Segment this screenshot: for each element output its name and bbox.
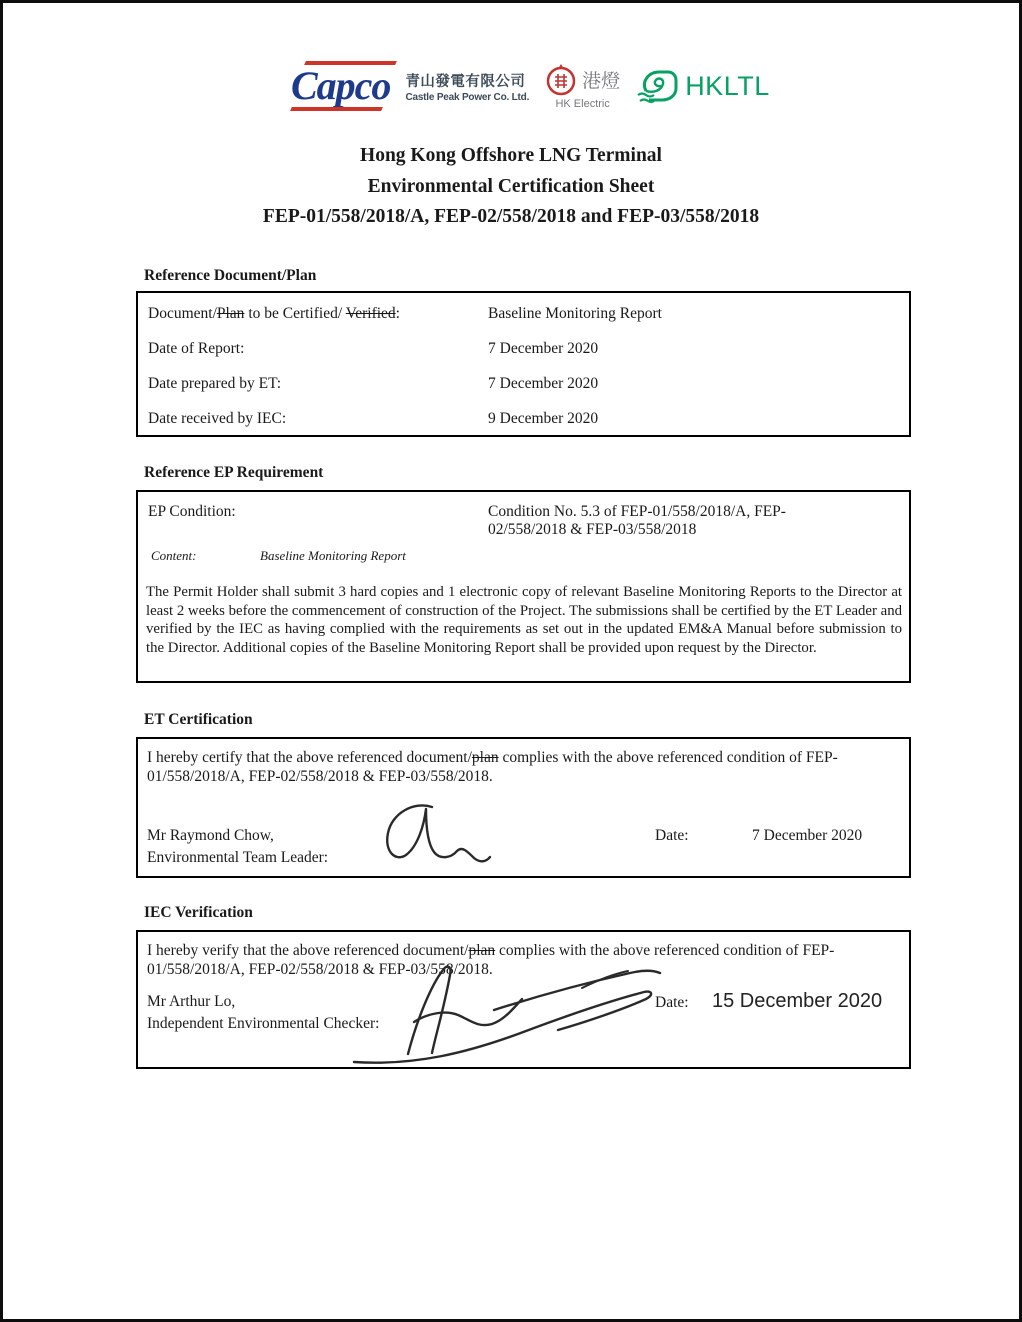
ref-doc-row4-value: 9 December 2020	[488, 410, 598, 428]
et-date-value: 7 December 2020	[752, 827, 862, 845]
iec-signer-name: Mr Arthur Lo,	[147, 991, 379, 1013]
strikethrough-plan: plan	[472, 749, 499, 766]
iec-signer-block: Mr Arthur Lo, Independent Environmental …	[147, 991, 379, 1034]
iec-signature	[346, 958, 662, 1066]
et-signer-role: Environmental Team Leader:	[147, 847, 328, 869]
ref-ep-table: EP Condition: Condition No. 5.3 of FEP-0…	[136, 490, 911, 683]
ref-doc-row2-label: Date of Report:	[148, 340, 488, 358]
et-cert-statement: I hereby certify that the above referenc…	[147, 749, 891, 786]
document-title: Hong Kong Offshore LNG Terminal Environm…	[3, 141, 1019, 233]
capco-wordmark: Capco	[289, 59, 396, 113]
hk-electric-logo: 港燈 HK Electric	[545, 63, 620, 110]
strikethrough-plan: Plan	[217, 305, 245, 322]
et-signature	[370, 799, 492, 877]
ref-doc-row1-value: Baseline Monitoring Report	[488, 305, 662, 323]
iec-date-label: Date:	[655, 994, 689, 1012]
capco-logo: Capco 青山發電有限公司 Castle Peak Power Co. Ltd…	[289, 59, 529, 113]
ref-doc-row4-label: Date received by IEC:	[148, 410, 488, 428]
et-date-label: Date:	[655, 827, 689, 845]
iec-date-value: 15 December 2020	[712, 990, 882, 1013]
hkltl-wordmark: HKLTL	[685, 71, 770, 102]
table-row: Date prepared by ET: 7 December 2020	[148, 375, 901, 393]
ref-doc-row3-value: 7 December 2020	[488, 375, 598, 393]
iec-verif-heading: IEC Verification	[144, 904, 253, 922]
iec-verif-box: I hereby verify that the above reference…	[136, 930, 911, 1069]
ref-doc-row2-value: 7 December 2020	[488, 340, 598, 358]
ep-condition-value: Condition No. 5.3 of FEP-01/558/2018/A, …	[488, 503, 840, 539]
title-line-permits: FEP-01/558/2018/A, FEP-02/558/2018 and F…	[3, 202, 1019, 233]
capco-chinese-name: 青山發電有限公司	[405, 70, 529, 91]
hk-electric-chinese-name: 港燈	[582, 66, 620, 93]
table-row: Date received by IEC: 9 December 2020	[148, 410, 901, 428]
ref-doc-table: Document/Plan to be Certified/ Verified:…	[136, 291, 911, 437]
title-line-sheet: Environmental Certification Sheet	[3, 172, 1019, 203]
ep-requirement-text: The Permit Holder shall submit 3 hard co…	[146, 583, 902, 657]
strikethrough-verified: Verified	[346, 305, 396, 322]
ref-doc-row3-label: Date prepared by ET:	[148, 375, 488, 393]
et-cert-heading: ET Certification	[144, 711, 253, 729]
table-row: Date of Report: 7 December 2020	[148, 340, 901, 358]
logo-row: Capco 青山發電有限公司 Castle Peak Power Co. Ltd…	[289, 59, 770, 113]
ep-condition-label: EP Condition:	[148, 503, 236, 521]
certification-sheet-page: Capco 青山發電有限公司 Castle Peak Power Co. Ltd…	[0, 0, 1022, 1322]
hkltl-logo: HKLTL	[636, 68, 770, 104]
ref-doc-row1-label: Document/Plan to be Certified/ Verified:	[148, 305, 488, 323]
hk-electric-english-name: HK Electric	[555, 98, 609, 110]
et-signer-block: Mr Raymond Chow, Environmental Team Lead…	[147, 825, 328, 868]
strikethrough-plan: plan	[468, 942, 495, 959]
et-signer-name: Mr Raymond Chow,	[147, 825, 328, 847]
table-row: Document/Plan to be Certified/ Verified:…	[148, 305, 901, 323]
et-cert-box: I hereby certify that the above referenc…	[136, 737, 911, 878]
ep-content-value: Baseline Monitoring Report	[260, 548, 406, 564]
ref-ep-heading: Reference EP Requirement	[144, 464, 323, 482]
ref-doc-heading: Reference Document/Plan	[144, 267, 316, 285]
hk-electric-emblem-icon	[545, 63, 577, 97]
iec-signer-role: Independent Environmental Checker:	[147, 1013, 379, 1035]
title-line-project: Hong Kong Offshore LNG Terminal	[3, 141, 1019, 172]
capco-english-name: Castle Peak Power Co. Ltd.	[405, 92, 529, 103]
hkltl-leaf-icon	[636, 68, 678, 104]
capco-names: 青山發電有限公司 Castle Peak Power Co. Ltd.	[405, 70, 529, 103]
ep-content-label: Content:	[151, 548, 197, 564]
